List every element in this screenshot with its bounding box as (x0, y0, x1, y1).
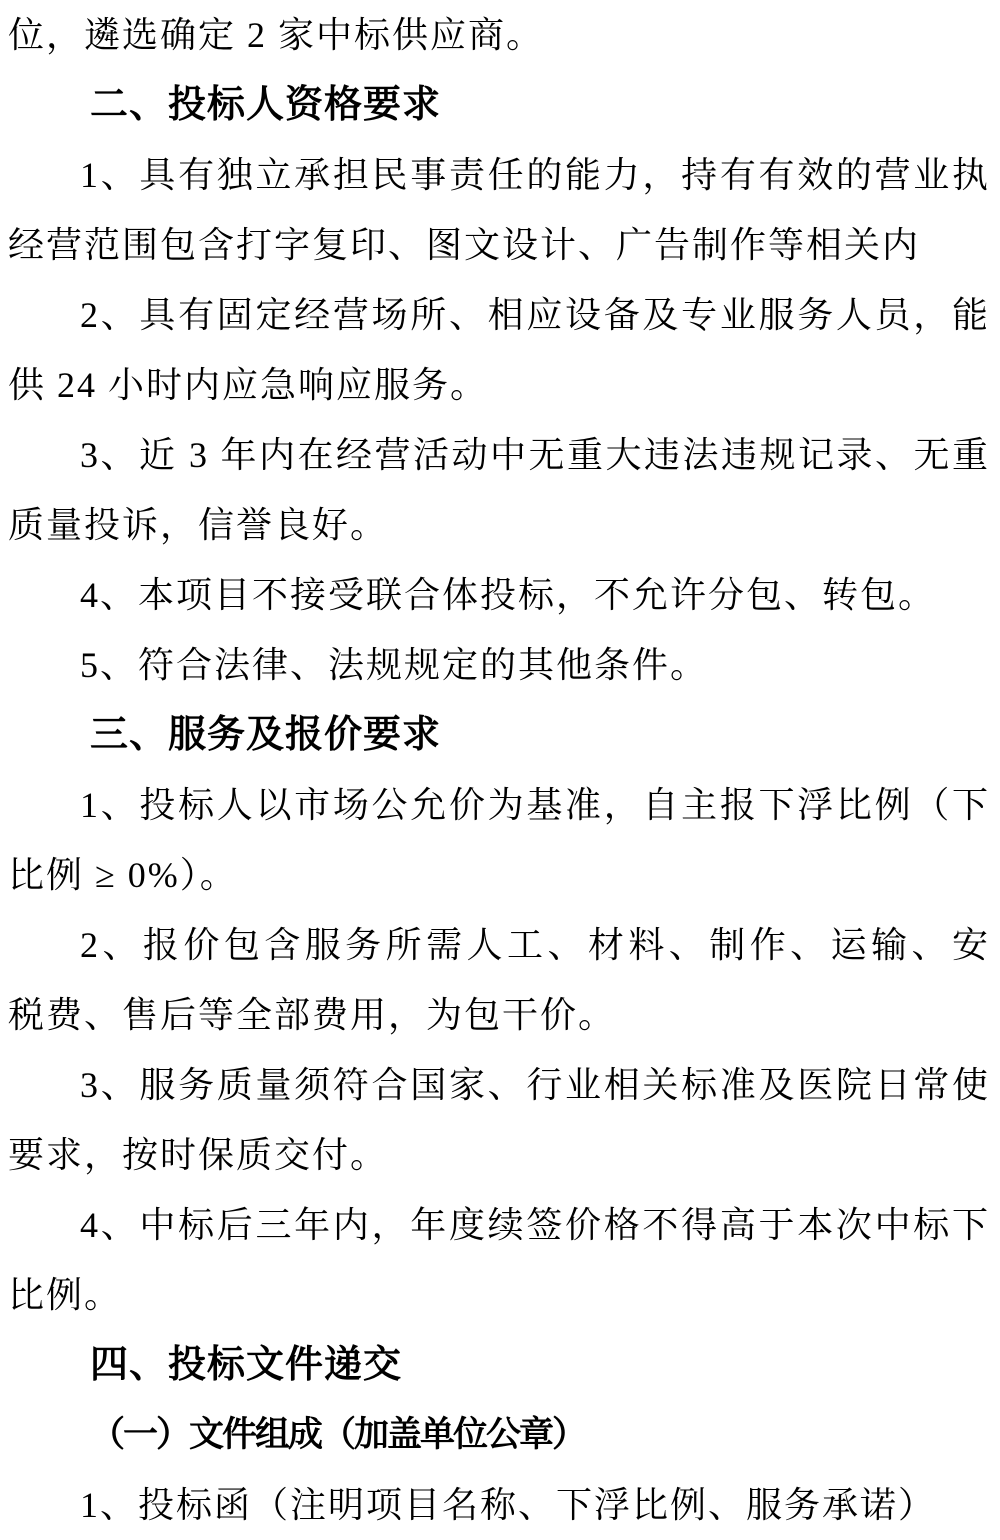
body-text-line: 1、投标人以市场公允价为基准，自主报下浮比例（下浮 (8, 770, 990, 840)
body-text-line: 4、本项目不接受联合体投标，不允许分包、转包。 (8, 560, 990, 630)
document-page: 位，遴选确定 2 家中标供应商。二、投标人资格要求1、具有独立承担民事责任的能力… (0, 0, 1000, 1540)
body-text-line: 税费、售后等全部费用，为包干价。 (8, 980, 990, 1050)
body-text-line: 质量投诉，信誉良好。 (8, 490, 990, 560)
body-text-line: 1、具有独立承担民事责任的能力，持有有效的营业执照， (8, 140, 990, 210)
body-text-line: 1、投标函（注明项目名称、下浮比例、服务承诺） (8, 1470, 990, 1540)
body-text-line: 供 24 小时内应急响应服务。 (8, 350, 990, 420)
body-text-line: 2、报价包含服务所需人工、材料、制作、运输、安装、 (8, 910, 990, 980)
section-heading: 四、投标文件递交 (8, 1330, 990, 1400)
section-heading: 三、服务及报价要求 (8, 700, 990, 770)
subsection-heading: （一）文件组成（加盖单位公章） (8, 1400, 990, 1470)
body-text-line: 经营范围包含打字复印、图文设计、广告制作等相关内容。 (8, 210, 990, 280)
body-text-line: 位，遴选确定 2 家中标供应商。 (8, 0, 990, 70)
body-text-line: 3、近 3 年内在经营活动中无重大违法违规记录、无重大 (8, 420, 990, 490)
body-text-line: 3、服务质量须符合国家、行业相关标准及医院日常使用 (8, 1050, 990, 1120)
body-text-line: 比例 ≥ 0%）。 (8, 840, 990, 910)
section-heading: 二、投标人资格要求 (8, 70, 990, 140)
body-text-line: 2、具有固定经营场所、相应设备及专业服务人员，能提 (8, 280, 990, 350)
body-text-line: 比例。 (8, 1260, 990, 1330)
body-text-line: 要求，按时保质交付。 (8, 1120, 990, 1190)
body-text-line: 4、中标后三年内，年度续签价格不得高于本次中标下浮 (8, 1190, 990, 1260)
body-text-line: 5、符合法律、法规规定的其他条件。 (8, 630, 990, 700)
